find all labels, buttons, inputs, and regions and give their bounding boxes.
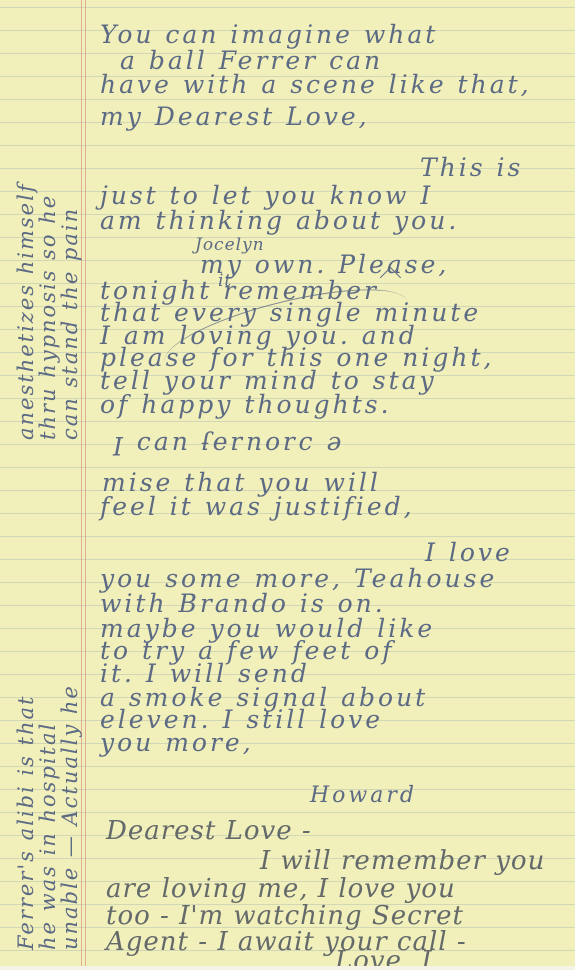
letter-line: you more, bbox=[100, 730, 254, 756]
letter-line: have with a scene like that, bbox=[100, 72, 532, 98]
margin-note-line-4: anesthetizes himself bbox=[14, 182, 38, 440]
inverted-line: e ɔɹouɹǝɟ uɐɔ I bbox=[110, 432, 341, 458]
letter-line: am thinking about you. bbox=[100, 208, 459, 234]
margin-note-line-2: he was in hospital bbox=[36, 722, 60, 950]
letter-line: of happy thoughts. bbox=[100, 392, 392, 418]
letter-line: feel it was justified, bbox=[100, 494, 415, 520]
margin-note-line-5: thru hypnosis so he bbox=[36, 194, 60, 440]
letter-line: This is bbox=[420, 155, 523, 181]
reply-closing: Love, J. bbox=[335, 948, 439, 966]
margin-note-line-1: Ferrer's alibi is that bbox=[14, 695, 38, 951]
margin-note-line-3: unable — Actually he bbox=[58, 684, 82, 950]
inverted-text: e ɔɹouɹǝɟ uɐɔ I bbox=[110, 432, 341, 458]
letter-line: I love bbox=[425, 540, 513, 566]
signature: Howard bbox=[310, 783, 417, 809]
salutation: my Dearest Love, bbox=[100, 104, 370, 130]
letter-line: my own. Please, bbox=[200, 252, 449, 278]
reply-line: too - I'm watching Secret bbox=[106, 903, 464, 929]
legal-pad-page: Ferrer's alibi is that he was in hospita… bbox=[0, 0, 575, 966]
reply-salutation: Dearest Love - bbox=[106, 818, 312, 844]
margin-rule-right bbox=[85, 0, 86, 966]
reply-line: are loving me, I love you bbox=[106, 876, 456, 902]
letter-line: You can imagine what bbox=[100, 22, 438, 48]
page-bottom-edge bbox=[0, 966, 575, 970]
margin-note-line-6: can stand the pain bbox=[58, 207, 82, 440]
reply-line: I will remember you bbox=[260, 848, 545, 874]
